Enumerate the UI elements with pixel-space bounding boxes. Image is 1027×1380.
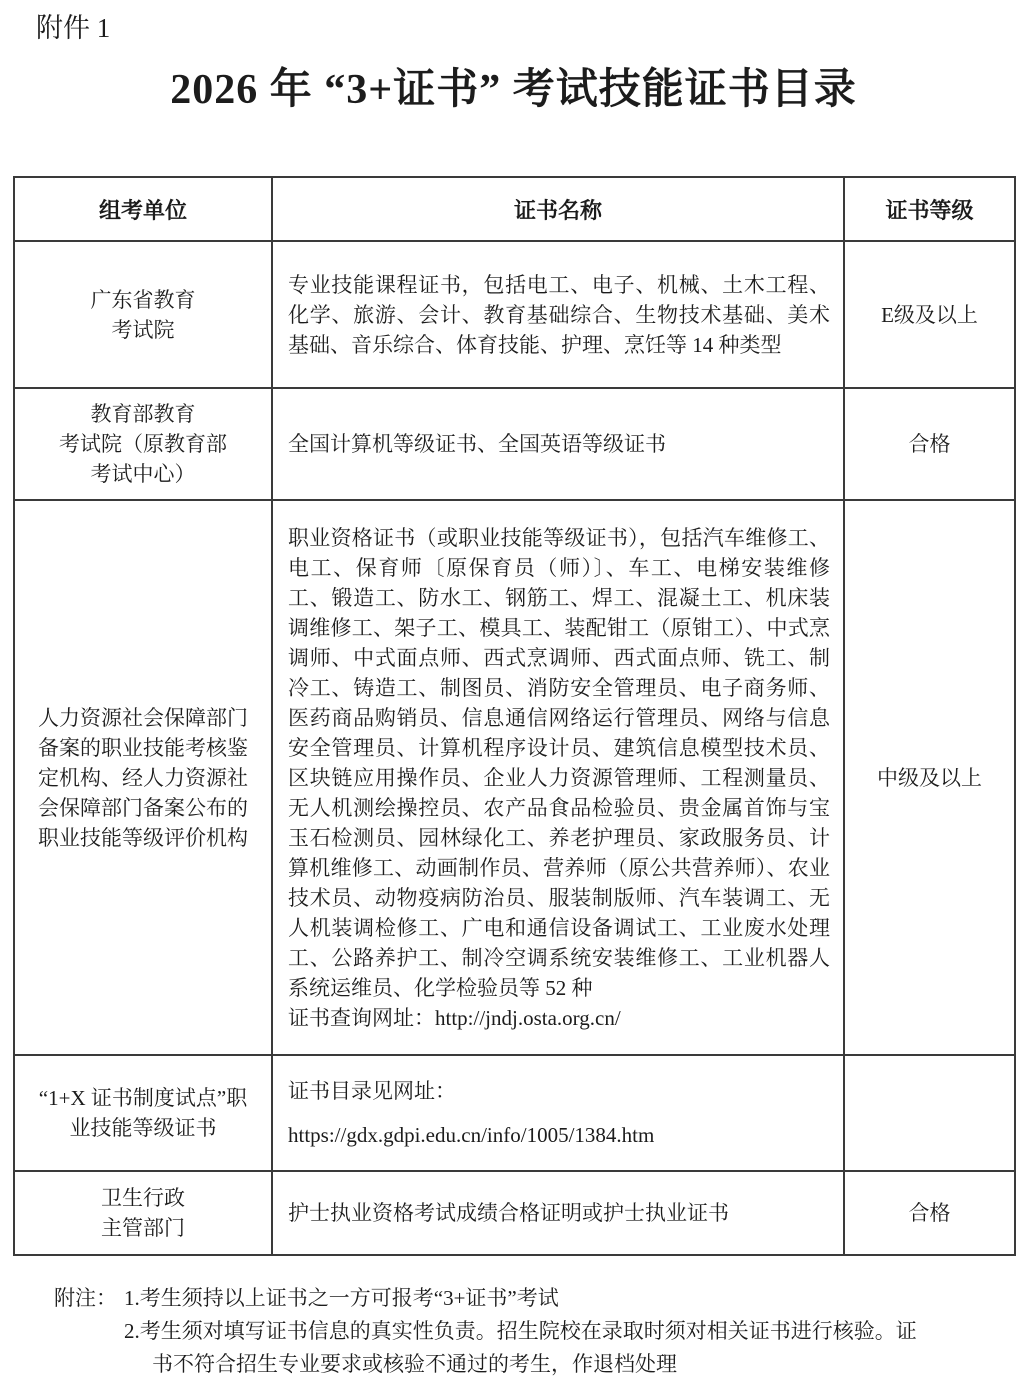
table-row: 广东省教育 考试院 专业技能课程证书，包括电工、电子、机械、土木工程、化学、旅游… (14, 241, 1015, 388)
table-row: “1+X 证书制度试点”职 业技能等级证书 证书目录见网址： https://g… (14, 1055, 1015, 1171)
org-line: 卫生行政 (21, 1183, 265, 1213)
level-cell (844, 1055, 1015, 1171)
org-line: 考试院 (21, 315, 265, 345)
org-line: 会保障部门备案公布的 (21, 793, 265, 823)
org-cell: “1+X 证书制度试点”职 业技能等级证书 (14, 1055, 272, 1171)
table-row: 教育部教育 考试院（原教育部 考试中心） 全国计算机等级证书、全国英语等级证书 … (14, 388, 1015, 500)
level-cell: E级及以上 (844, 241, 1015, 388)
org-line: 职业技能等级评价机构 (21, 823, 265, 853)
org-line: 教育部教育 (21, 399, 265, 429)
col-header-level: 证书等级 (844, 177, 1015, 241)
note-item-2: 2.考生须对填写证书信息的真实性负责。招生院校在录取时须对相关证书进行核验。证 (124, 1315, 994, 1348)
cert-text: 证书目录见网址： (288, 1069, 830, 1113)
col-header-cert: 证书名称 (272, 177, 844, 241)
note-item-2-continued: 书不符合招生专业要求或核验不通过的考生，作退档处理 (152, 1348, 994, 1380)
org-line: 主管部门 (21, 1213, 265, 1243)
cert-cell: 职业资格证书（或职业技能等级证书），包括汽车维修工、电工、保育师〔原保育员（师）… (272, 500, 844, 1055)
org-line: 考试中心） (21, 459, 265, 489)
table-row: 人力资源社会保障部门 备案的职业技能考核鉴 定机构、经人力资源社 会保障部门备案… (14, 500, 1015, 1055)
note-line: 附注：1.考生须持以上证书之一方可报考“3+证书”考试 (54, 1282, 994, 1315)
org-cell: 人力资源社会保障部门 备案的职业技能考核鉴 定机构、经人力资源社 会保障部门备案… (14, 500, 272, 1055)
note-item-1: 1.考生须持以上证书之一方可报考“3+证书”考试 (124, 1286, 559, 1310)
col-header-org: 组考单位 (14, 177, 272, 241)
cert-text: 全国计算机等级证书、全国英语等级证书 (288, 429, 830, 459)
org-line: 广东省教育 (21, 285, 265, 315)
cert-cell: 全国计算机等级证书、全国英语等级证书 (272, 388, 844, 500)
page-title: 2026 年 “3+证书” 考试技能证书目录 (0, 56, 1027, 116)
org-cell: 卫生行政 主管部门 (14, 1171, 272, 1255)
notes-label: 附注： (54, 1286, 117, 1310)
org-cell: 教育部教育 考试院（原教育部 考试中心） (14, 388, 272, 500)
level-cell: 合格 (844, 388, 1015, 500)
table-row: 卫生行政 主管部门 护士执业资格考试成绩合格证明或护士执业证书 合格 (14, 1171, 1015, 1255)
cert-text: 专业技能课程证书，包括电工、电子、机械、土木工程、化学、旅游、会计、教育基础综合… (288, 270, 830, 360)
org-line: 定机构、经人力资源社 (21, 763, 265, 793)
org-line: 考试院（原教育部 (21, 429, 265, 459)
cert-cell: 专业技能课程证书，包括电工、电子、机械、土木工程、化学、旅游、会计、教育基础综合… (272, 241, 844, 388)
org-line: 备案的职业技能考核鉴 (21, 733, 265, 763)
org-cell: 广东省教育 考试院 (14, 241, 272, 388)
org-line: “1+X 证书制度试点”职 (21, 1083, 265, 1113)
cert-text: 护士执业资格考试成绩合格证明或护士执业证书 (288, 1198, 830, 1228)
footnotes: 附注：1.考生须持以上证书之一方可报考“3+证书”考试 2.考生须对填写证书信息… (54, 1282, 994, 1380)
org-line: 业技能等级证书 (21, 1113, 265, 1143)
cert-text: 职业资格证书（或职业技能等级证书），包括汽车维修工、电工、保育师〔原保育员（师）… (288, 523, 830, 1003)
org-line: 人力资源社会保障部门 (21, 703, 265, 733)
level-cell: 合格 (844, 1171, 1015, 1255)
cert-cell: 证书目录见网址： https://gdx.gdpi.edu.cn/info/10… (272, 1055, 844, 1171)
cert-cell: 护士执业资格考试成绩合格证明或护士执业证书 (272, 1171, 844, 1255)
table-header-row: 组考单位 证书名称 证书等级 (14, 177, 1015, 241)
certificate-table: 组考单位 证书名称 证书等级 广东省教育 考试院 专业技能课程证书，包括电工、电… (13, 176, 1016, 1256)
cert-query-url: 证书查询网址：http://jndj.osta.org.cn/ (288, 1003, 830, 1033)
level-cell: 中级及以上 (844, 500, 1015, 1055)
cert-directory-url: https://gdx.gdpi.edu.cn/info/1005/1384.h… (288, 1113, 830, 1157)
attachment-label: 附件 1 (36, 10, 110, 46)
